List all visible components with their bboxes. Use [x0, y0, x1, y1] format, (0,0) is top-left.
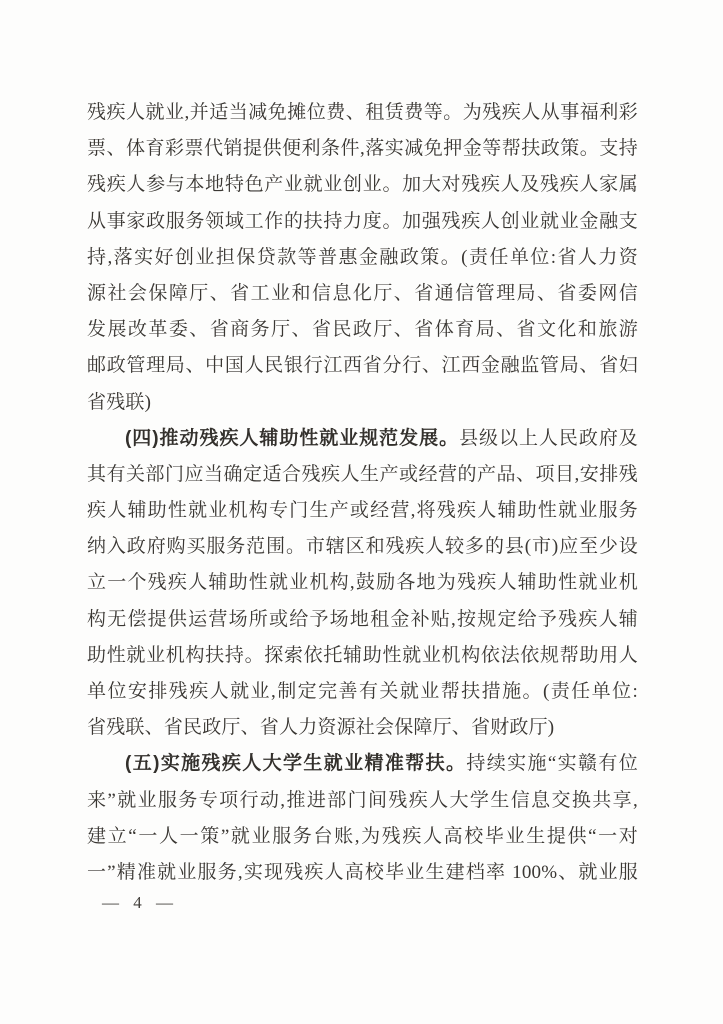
text-line: 省残联、省民政厅、省人力资源社会保障厅、省财政厅) [87, 710, 638, 746]
text-line: 发展改革委、省商务厅、省民政厅、省体育局、省文化和旅游厅、省 [87, 312, 638, 348]
text-line: 邮政管理局、中国人民银行江西省分行、江西金融监管局、省妇联、 [87, 348, 638, 384]
text-line: 疾人辅助性就业机构专门生产或经营,将残疾人辅助性就业服务 [87, 493, 638, 529]
section-5-heading: (五)实施残疾人大学生就业精准帮扶。 [125, 753, 466, 774]
document-body: 残疾人就业,并适当减免摊位费、租赁费等。为残疾人从事福利彩 票、体育彩票代销提供… [87, 95, 638, 891]
text-line: 票、体育彩票代销提供便利条件,落实减免押金等帮扶政策。支持 [87, 131, 638, 167]
text-line: 持,落实好创业担保贷款等普惠金融政策。(责任单位:省人力资 [87, 240, 638, 276]
text-line: 省残联) [87, 385, 638, 421]
text-line: 助性就业机构扶持。探索依托辅助性就业机构依法依规帮助用人 [87, 638, 638, 674]
text-line: 源社会保障厅、省工业和信息化厅、省通信管理局、省委网信办、省 [87, 276, 638, 312]
text-line: (四)推动残疾人辅助性就业规范发展。县级以上人民政府及 [87, 421, 638, 457]
text-line: 立一个残疾人辅助性就业机构,鼓励各地为残疾人辅助性就业机 [87, 565, 638, 601]
text-line: 构无偿提供运营场所或给予场地租金补贴,按规定给予残疾人辅 [87, 602, 638, 638]
page-number: — 4 — [102, 893, 174, 913]
text-line: 从事家政服务领域工作的扶持力度。加强残疾人创业就业金融支 [87, 204, 638, 240]
section-4-heading: (四)推动残疾人辅助性就业规范发展。 [125, 428, 459, 449]
text-line: 纳入政府购买服务范围。市辖区和残疾人较多的县(市)应至少设 [87, 529, 638, 565]
document-page: 残疾人就业,并适当减免摊位费、租赁费等。为残疾人从事福利彩 票、体育彩票代销提供… [0, 0, 723, 1024]
text-line: (五)实施残疾人大学生就业精准帮扶。持续实施“实赣有位 [87, 746, 638, 782]
text-line: 一”精准就业服务,实现残疾人高校毕业生建档率 100%、就业服 [87, 855, 638, 891]
text-line: 单位安排残疾人就业,制定完善有关就业帮扶措施。(责任单位: [87, 674, 638, 710]
text-line: 建立“一人一策”就业服务台账,为残疾人高校毕业生提供“一对 [87, 819, 638, 855]
text-line: 残疾人就业,并适当减免摊位费、租赁费等。为残疾人从事福利彩 [87, 95, 638, 131]
text-line: 来”就业服务专项行动,推进部门间残疾人大学生信息交换共享, [87, 783, 638, 819]
text-line: 其有关部门应当确定适合残疾人生产或经营的产品、项目,安排残 [87, 457, 638, 493]
text-line: 残疾人参与本地特色产业就业创业。加大对残疾人及残疾人家属 [87, 167, 638, 203]
